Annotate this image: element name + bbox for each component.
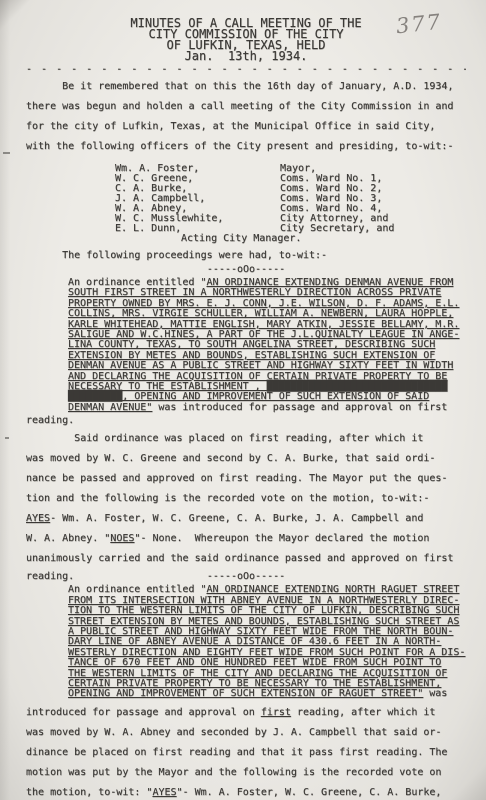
opening-paragraph: Be it remembered that on this the 16th d… [26, 77, 466, 157]
proceedings-line: The following proceedings were had, to-w… [26, 250, 466, 261]
acting-city-manager-line: Acting City Manager. [181, 234, 466, 244]
hanging-word: reading. [26, 415, 74, 426]
scan-artifact [3, 152, 10, 154]
ooo-divider: -----oOo----- [26, 264, 466, 275]
handwritten-page-number: 377 [395, 10, 443, 39]
scanned-minutes-page: 377 MINUTES OF A CALL MEETING OF THECITY… [0, 0, 486, 800]
hanging-word-row: reading.-----oOo----- [26, 571, 466, 582]
hanging-word-row: reading. [26, 415, 466, 426]
ordinance-raguet-street: An ordinance entitled "AN ORDINANCE EXTE… [68, 585, 466, 699]
officers-list: Wm. A. Foster,Mayor, W. C. Greene,Coms. … [115, 164, 466, 234]
vote-paragraph-raguet: introduced for passage and approval on f… [26, 703, 466, 800]
dashed-divider: - - - - - - - - - - - - - - - - - - - - … [26, 65, 466, 74]
vote-paragraph-denman: Said ordinance was placed on first readi… [26, 429, 466, 569]
scan-artifact [5, 437, 9, 439]
title-date-line: Jan. 13th, 1934. [26, 51, 466, 62]
ooo-divider: -----oOo----- [26, 571, 466, 582]
ordinance-denman-avenue: An ordinance entitled "AN ORDINANCE EXTE… [68, 278, 466, 413]
